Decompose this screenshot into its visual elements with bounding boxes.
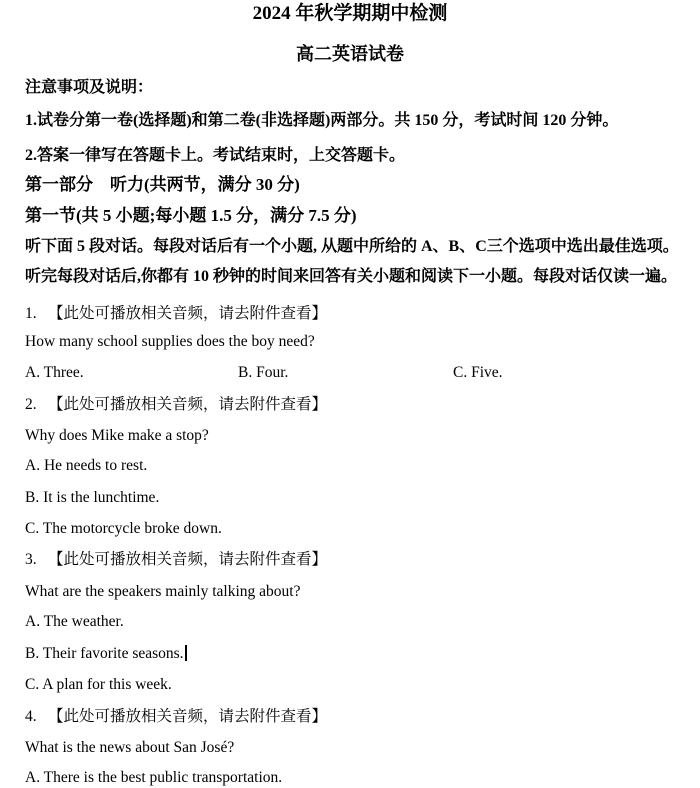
question-3-audio-line: 3.【此处可播放相关音频，请去附件查看】 xyxy=(25,550,327,570)
notice-item-1: 1.试卷分第一卷(选择题)和第二卷(非选择题)两部分。共 150 分，考试时间 … xyxy=(25,111,618,131)
listening-instruction-1: 听下面 5 段对话。每段对话后有一个小题, 从题中所给的 A、B、C三个选项中选… xyxy=(25,237,679,257)
question-1-number: 1. xyxy=(25,304,48,324)
question-2-audio-line: 2.【此处可播放相关音频，请去附件查看】 xyxy=(25,395,327,415)
part-1-heading: 第一部分 听力(共两节，满分 30 分) xyxy=(25,175,300,195)
question-2-option-a: A. He needs to rest. xyxy=(25,456,147,476)
question-2-text: Why does Mike make a stop? xyxy=(25,426,209,446)
listening-instruction-2: 听完每段对话后,你都有 10 秒钟的时间来回答有关小题和阅读下一小题。每段对话仅… xyxy=(25,267,677,287)
question-1-options: A. Three.B. Four.C. Five. xyxy=(25,363,685,383)
question-3-number: 3. xyxy=(25,550,48,570)
question-2-audio-placeholder: 【此处可播放相关音频，请去附件查看】 xyxy=(48,396,327,413)
question-3-option-a: A. The weather. xyxy=(25,612,124,632)
question-4-audio-placeholder: 【此处可播放相关音频，请去附件查看】 xyxy=(48,708,327,725)
question-3-option-b: B. Their favorite seasons. xyxy=(25,645,184,662)
question-2-option-b: B. It is the lunchtime. xyxy=(25,488,159,508)
question-3-option-b-line: B. Their favorite seasons. xyxy=(25,644,187,664)
question-1-option-b: B. Four. xyxy=(238,363,453,383)
question-3-option-c: C. A plan for this week. xyxy=(25,675,172,695)
notice-item-2: 2.答案一律写在答题卡上。考试结束时，上交答题卡。 xyxy=(25,146,405,166)
exam-title: 2024 年秋学期期中检测 xyxy=(0,4,700,24)
question-4-option-a: A. There is the best public transportati… xyxy=(25,768,282,788)
question-1-audio-placeholder: 【此处可播放相关音频，请去附件查看】 xyxy=(48,305,327,322)
text-cursor xyxy=(185,645,187,661)
question-3-audio-placeholder: 【此处可播放相关音频，请去附件查看】 xyxy=(48,551,327,568)
question-3-text: What are the speakers mainly talking abo… xyxy=(25,582,300,602)
question-1-option-c: C. Five. xyxy=(453,363,503,383)
question-4-audio-line: 4.【此处可播放相关音频，请去附件查看】 xyxy=(25,707,327,727)
notice-heading: 注意事项及说明： xyxy=(25,78,153,98)
question-1-audio-line: 1.【此处可播放相关音频，请去附件查看】 xyxy=(25,304,327,324)
section-1-heading: 第一节(共 5 小题;每小题 1.5 分，满分 7.5 分) xyxy=(25,206,356,226)
question-2-number: 2. xyxy=(25,395,48,415)
question-1-text: How many school supplies does the boy ne… xyxy=(25,332,315,352)
question-4-number: 4. xyxy=(25,707,48,727)
question-1-option-a: A. Three. xyxy=(25,363,238,383)
question-2-option-c: C. The motorcycle broke down. xyxy=(25,519,222,539)
question-4-text: What is the news about San José? xyxy=(25,738,234,758)
exam-paper-page: 2024 年秋学期期中检测 高二英语试卷 注意事项及说明： 1.试卷分第一卷(选… xyxy=(0,0,700,788)
exam-subtitle: 高二英语试卷 xyxy=(0,44,700,64)
